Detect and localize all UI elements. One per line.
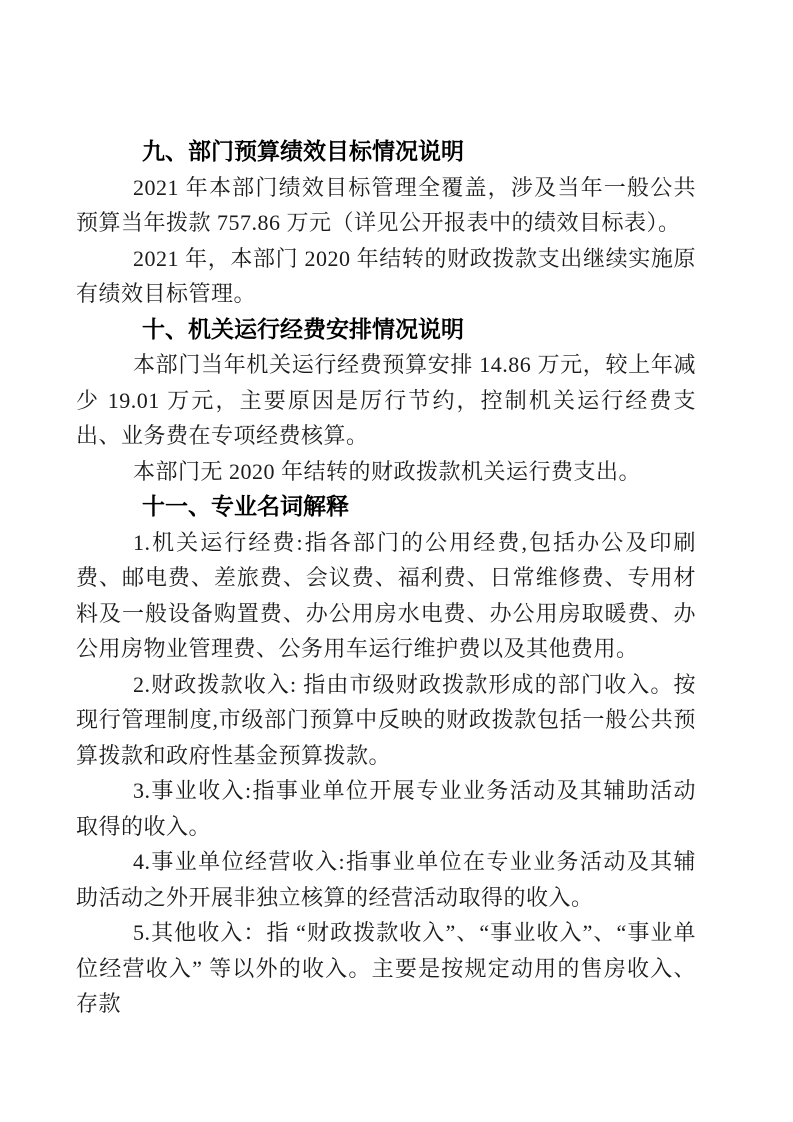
section-heading-terminology: 十一、专业名词解释 — [76, 489, 696, 525]
paragraph-performance-carryover: 2021 年，本部门 2020 年结转的财政拨款支出继续实施原有绩效目标管理。 — [76, 241, 696, 312]
paragraph-term-fiscal-appropriation-income: 2.财政拨款收入: 指由市级财政拨款形成的部门收入。按现行管理制度,市级部门预算… — [76, 667, 696, 774]
paragraph-term-operating-funds: 1.机关运行经费:指各部门的公用经费,包括办公及印刷费、邮电费、差旅费、会议费、… — [76, 525, 696, 667]
paragraph-term-institution-income: 3.事业收入:指事业单位开展专业业务活动及其辅助活动取得的收入。 — [76, 773, 696, 844]
paragraph-performance-coverage: 2021 年本部门绩效目标管理全覆盖，涉及当年一般公共预算当年拨款 757.86… — [76, 170, 696, 241]
section-heading-operating-expenses: 十、机关运行经费安排情况说明 — [76, 312, 696, 348]
section-heading-budget-performance: 九、部门预算绩效目标情况说明 — [76, 134, 696, 170]
paragraph-term-institution-operating-income: 4.事业单位经营收入:指事业单位在专业业务活动及其辅助活动之外开展非独立核算的经… — [76, 844, 696, 915]
document-body: 九、部门预算绩效目标情况说明 2021 年本部门绩效目标管理全覆盖，涉及当年一般… — [76, 134, 696, 1022]
document-page: 九、部门预算绩效目标情况说明 2021 年本部门绩效目标管理全覆盖，涉及当年一般… — [0, 0, 793, 1122]
paragraph-operating-carryover: 本部门无 2020 年结转的财政拨款机关运行费支出。 — [76, 454, 696, 490]
paragraph-operating-budget: 本部门当年机关运行经费预算安排 14.86 万元，较上年减少 19.01 万元，… — [76, 347, 696, 454]
paragraph-term-other-income: 5.其他收入：指 “财政拨款收入”、“事业收入”、“事业单位经营收入” 等以外的… — [76, 915, 696, 1022]
